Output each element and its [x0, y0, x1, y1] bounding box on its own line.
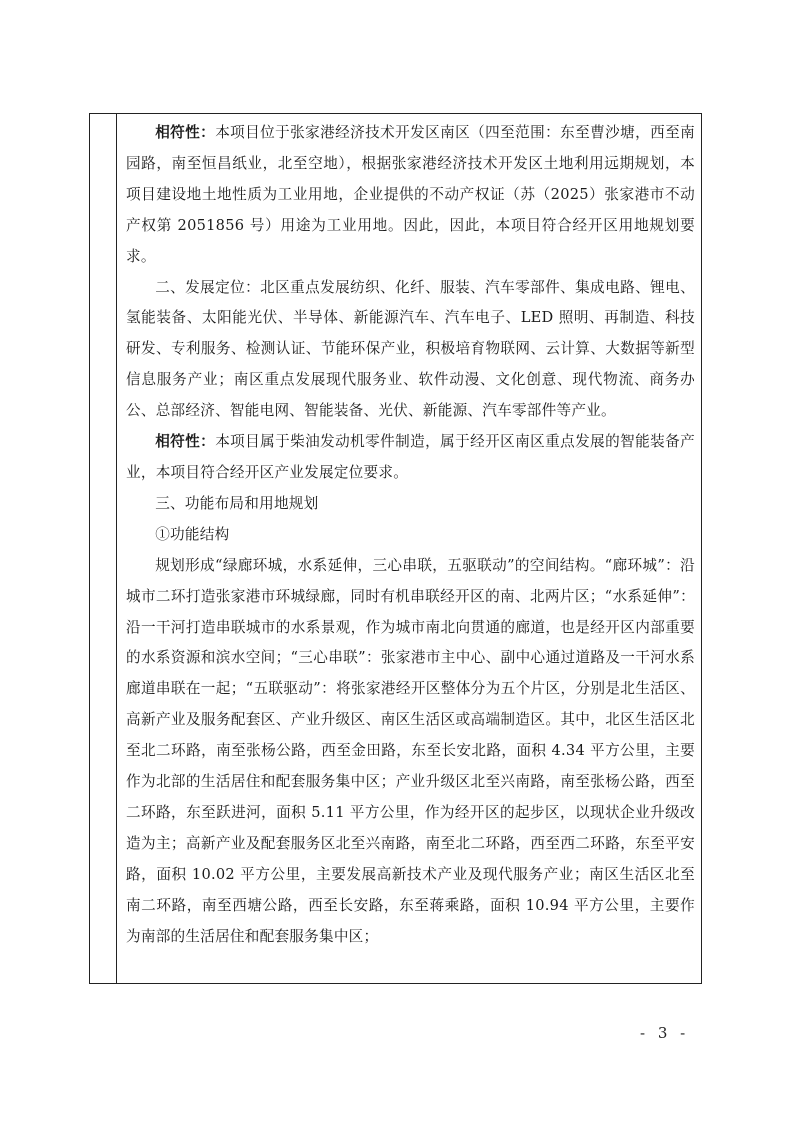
heading-text: ①功能结构 [155, 526, 229, 543]
compliance-label: 相符性： [155, 433, 215, 450]
section-heading-layout: 三、功能布局和用地规划 [126, 489, 695, 520]
content-table: 相符性：本项目位于张家港经济技术开发区南区（四至范围：东至曹沙塘，西至南园路，南… [89, 113, 702, 984]
paragraph-text: 规划形成“绿廊环城，水系延伸，三心串联，五驱联动”的空间结构。“廊环城”：沿城市… [126, 557, 695, 945]
paragraph-industry-compliance: 相符性：本项目属于柴油发动机零件制造，属于经开区南区重点发展的智能装备产业，本项… [126, 427, 695, 489]
page-number: - 3 - [640, 1024, 689, 1042]
paragraph-land-use-compliance: 相符性：本项目位于张家港经济技术开发区南区（四至范围：东至曹沙塘，西至南园路，南… [126, 118, 695, 273]
paragraph-text: 本项目位于张家港经济技术开发区南区（四至范围：东至曹沙塘，西至南园路，南至恒昌纸… [126, 124, 695, 265]
compliance-label: 相符性： [155, 124, 215, 141]
paragraph-development-positioning: 二、发展定位：北区重点发展纺织、化纤、服装、汽车零部件、集成电路、锂电、氢能装备… [126, 273, 695, 428]
subsection-heading-function-structure: ①功能结构 [126, 520, 695, 551]
heading-text: 三、功能布局和用地规划 [155, 495, 318, 512]
table-column-divider [116, 114, 117, 983]
paragraph-spatial-structure: 规划形成“绿廊环城，水系延伸，三心串联，五驱联动”的空间结构。“廊环城”：沿城市… [126, 551, 695, 953]
table-content-cell: 相符性：本项目位于张家港经济技术开发区南区（四至范围：东至曹沙塘，西至南园路，南… [126, 118, 695, 952]
paragraph-text: 二、发展定位：北区重点发展纺织、化纤、服装、汽车零部件、集成电路、锂电、氢能装备… [126, 279, 695, 420]
